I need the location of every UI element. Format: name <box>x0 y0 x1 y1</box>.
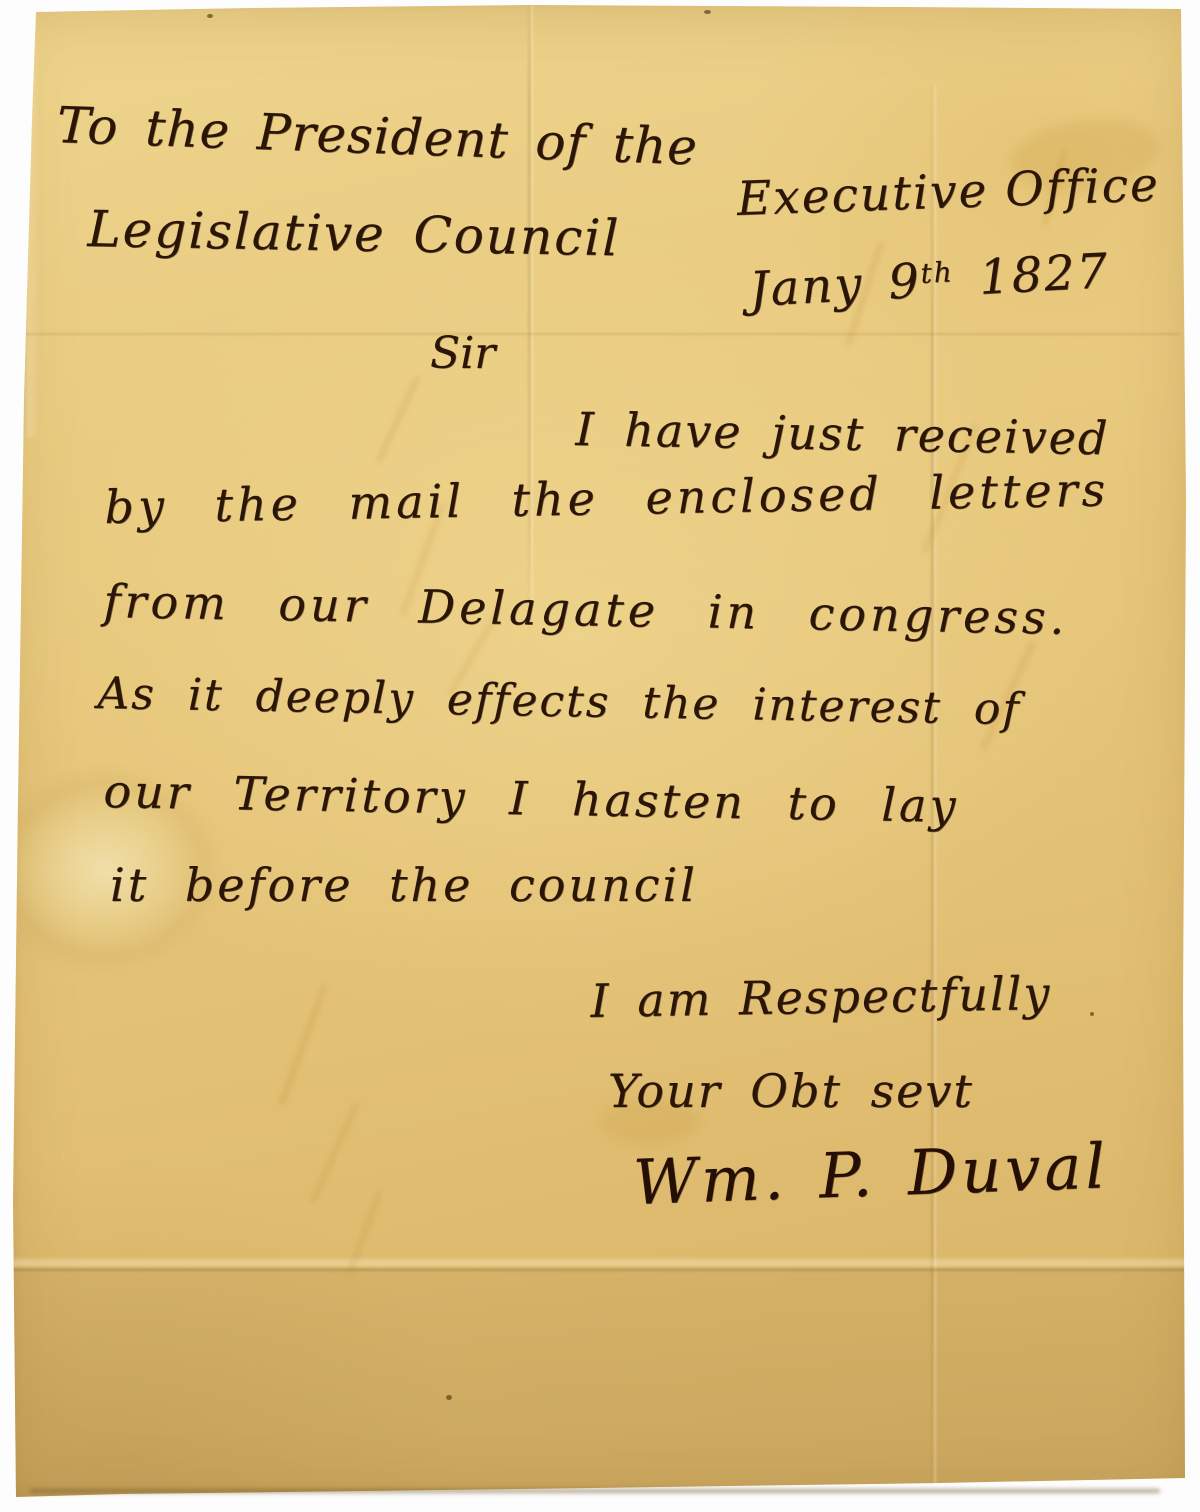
body-line: As it deeply effects the interest of <box>97 668 1021 735</box>
ink-speck <box>207 14 213 18</box>
ink-bleed-through <box>278 983 328 1107</box>
ink-speck <box>446 1395 452 1400</box>
letter-paper: To the President of the Legislative Coun… <box>0 0 1200 1512</box>
ink-bleed-through <box>375 375 421 464</box>
heading-office: Executive Office <box>736 157 1161 227</box>
fold-crease-horizontal-lower <box>10 1268 1190 1271</box>
left-edge-fold <box>12 8 40 438</box>
body-line: our Territory I hasten to lay <box>103 764 959 833</box>
closing-line-2: Your Obt sevt <box>608 1064 974 1118</box>
ink-speck <box>1090 1012 1094 1016</box>
ink-speck <box>704 10 711 14</box>
body-line: I have just received <box>575 402 1110 465</box>
signature: Wm. P. Duval <box>632 1129 1110 1219</box>
recipient-line-2: Legislative Council <box>87 200 621 267</box>
fold-crease-horizontal-lower-highlight <box>10 1259 1190 1267</box>
ink-bleed-through <box>310 1102 359 1205</box>
salutation: Sir <box>430 328 495 379</box>
body-line: it before the council <box>110 858 698 912</box>
heading-dateline: Jany 9th 1827 <box>748 243 1111 318</box>
recipient-line-1: To the President of the <box>56 96 699 176</box>
scanned-letter-page: To the President of the Legislative Coun… <box>0 0 1200 1512</box>
bottom-fold-tint <box>0 1270 1200 1512</box>
closing-line-1: I am Respectfully <box>590 966 1052 1028</box>
date-year: 1827 <box>978 243 1111 306</box>
body-line: from our Delagate in congress. <box>103 574 1069 645</box>
paper-edge-shadow <box>30 1489 1160 1493</box>
body-line: by the mail the enclosed letters <box>104 462 1109 534</box>
date-ordinal-suffix: th <box>920 255 955 290</box>
fold-crease-horizontal-upper <box>20 333 1180 335</box>
date-day: Jany 9 <box>748 253 922 318</box>
